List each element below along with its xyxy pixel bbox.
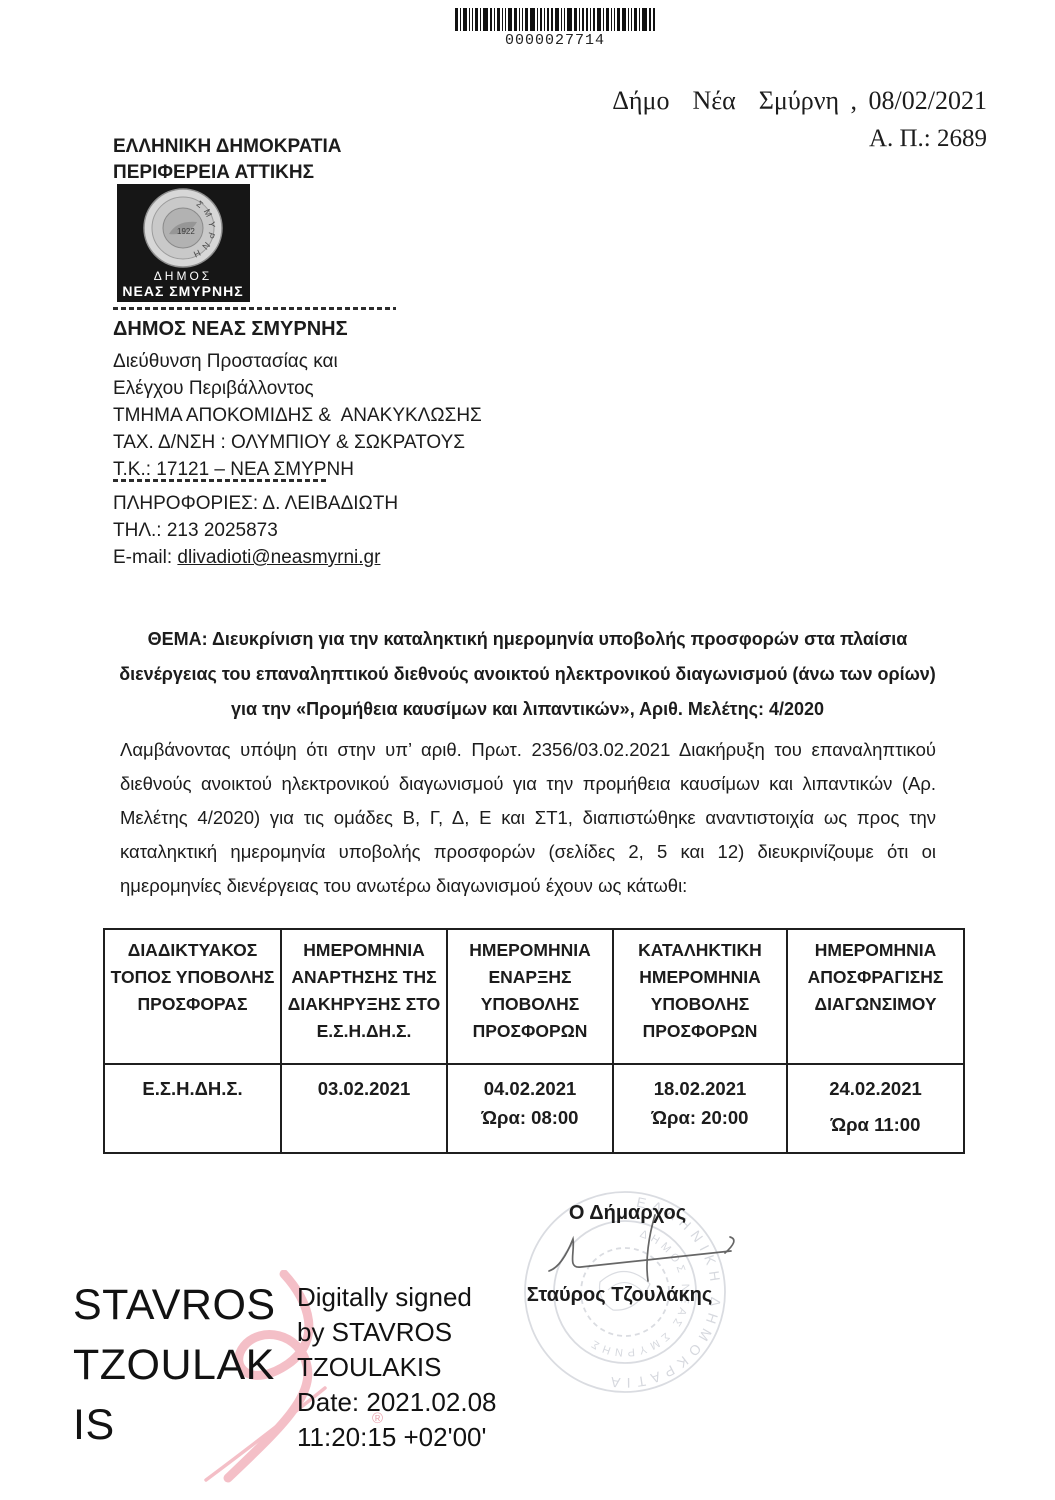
table-header-cell: ΗΜΕΡΟΜΗΝΙΑ ΑΝΑΡΤΗΣΗΣ ΤΗΣ ΔΙΑΚΗΡΥΞΗΣ ΣΤΟ … bbox=[281, 929, 447, 1064]
digital-signature-detail-line: Digitally signed bbox=[297, 1280, 497, 1315]
signatory-name: Σταύρος Τζουλάκης bbox=[512, 1284, 727, 1307]
table-cell-publish-date: 03.02.2021 bbox=[281, 1064, 447, 1153]
digital-signature-name-line: IS bbox=[73, 1395, 276, 1455]
table-header-cell: ΔΙΑΔΙΚΤΥΑΚΟΣ ΤΟΠΟΣ ΥΠΟΒΟΛΗΣ ΠΡΟΣΦΟΡΑΣ bbox=[104, 929, 281, 1064]
municipality-seal-icon: ΣΜΥΡΝΗ 1922 ΔΗΜΟΣ ΝΕΑΣ ΣΜΥΡΝΗΣ bbox=[117, 184, 250, 302]
time-value: Ώρα: 08:00 bbox=[452, 1103, 608, 1132]
digital-signature-detail-line: by STAVROS bbox=[297, 1315, 497, 1350]
sender-block: ΔΗΜΟΣ ΝΕΑΣ ΣΜΥΡΝΗΣ Διεύθυνση Προστασίας … bbox=[113, 318, 513, 483]
barcode-bars-icon bbox=[455, 8, 655, 31]
body-paragraph: Λαμβάνοντας υπόψη ότι στην υπ’ αριθ. Πρω… bbox=[120, 733, 936, 903]
sender-name: ΔΗΜΟΣ ΝΕΑΣ ΣΜΥΡΝΗΣ bbox=[113, 318, 513, 341]
seal-year: 1922 bbox=[177, 227, 195, 236]
date-value: 24.02.2021 bbox=[829, 1078, 922, 1099]
table-header-cell: ΗΜΕΡΟΜΗΝΙΑ ΑΠΟΣΦΡΑΓΙΣΗΣ ΔΙΑΓΩΝΣΙΜΟΥ bbox=[787, 929, 964, 1064]
state-header-line2: ΠΕΡΙΦΕΡΕΙΑ ΑΤΤΙΚΗΣ bbox=[113, 160, 341, 186]
dashed-separator bbox=[113, 307, 396, 310]
reference-block: Δήμο Νέα Σμύρνη , 08/02/2021 Α. Π.: 2689 bbox=[612, 86, 987, 153]
table-cell-start-date: 04.02.2021Ώρα: 08:00 bbox=[447, 1064, 613, 1153]
date-value: 04.02.2021 bbox=[484, 1078, 577, 1099]
sender-line: ΤΑΧ. Δ/ΝΣΗ : ΟΛΥΜΠΙΟΥ & ΣΩΚΡΑΤΟΥΣ bbox=[113, 429, 513, 456]
email-label: E-mail: bbox=[113, 547, 177, 568]
digital-signature-name: STAVROS TZOULAK IS bbox=[73, 1275, 276, 1455]
date-value: 18.02.2021 bbox=[654, 1078, 747, 1099]
digital-signature-detail-line: 11:20:15 +02'00' bbox=[297, 1420, 497, 1455]
protocol-number: Α. Π.: 2689 bbox=[612, 125, 987, 153]
digital-signature-detail-line: TZOULAKIS bbox=[297, 1350, 497, 1385]
subject-line: ΘΕΜΑ: Διευκρίνιση για την καταληκτική ημ… bbox=[100, 622, 955, 657]
digital-signature-name-line: TZOULAK bbox=[73, 1335, 276, 1395]
digital-signature-detail-line: Date: 2021.02.08 bbox=[297, 1385, 497, 1420]
state-header: ΕΛΛΗΝΙΚΗ ΔΗΜΟΚΡΑΤΙΑ ΠΕΡΙΦΕΡΕΙΑ ΑΤΤΙΚΗΣ bbox=[113, 134, 341, 186]
dashed-separator bbox=[113, 479, 328, 482]
email-link[interactable]: dlivadioti@neasmyrni.gr bbox=[177, 547, 380, 568]
table-row: Ε.Σ.Η.ΔΗ.Σ. 03.02.2021 04.02.2021Ώρα: 08… bbox=[104, 1064, 964, 1153]
subject-line: για την «Προμήθεια καυσίμων και λιπαντικ… bbox=[100, 692, 955, 727]
barcode-number: 0000027714 bbox=[455, 32, 655, 49]
time-value: Ώρα 11:00 bbox=[792, 1110, 959, 1139]
sender-line: Ελέγχου Περιβάλλοντος bbox=[113, 375, 513, 402]
place-and-date: Δήμο Νέα Σμύρνη , 08/02/2021 bbox=[612, 86, 987, 116]
contact-block: ΠΛΗΡΟΦΟΡΙΕΣ: Δ. ΛΕΙΒΑΔΙΩΤΗ ΤΗΛ.: 213 202… bbox=[113, 490, 513, 571]
seal-caption-2: ΝΕΑΣ ΣΜΥΡΝΗΣ bbox=[122, 283, 243, 299]
seal-caption-1: ΔΗΜΟΣ bbox=[154, 269, 212, 283]
handwritten-signature-icon bbox=[535, 1205, 745, 1295]
sender-line: ΤΜΗΜΑ ΑΠΟΚΟΜΙΔΗΣ & ΑΝΑΚΥΚΛΩΣΗΣ bbox=[113, 402, 513, 429]
table-header-cell: ΚΑΤΑΛΗΚΤΙΚΗ ΗΜΕΡΟΜΗΝΙΑ ΥΠΟΒΟΛΗΣ ΠΡΟΣΦΟΡΩ… bbox=[613, 929, 787, 1064]
barcode: 0000027714 bbox=[455, 8, 655, 49]
digital-signature-name-line: STAVROS bbox=[73, 1275, 276, 1335]
document-page: 0000027714 Δήμο Νέα Σμύρνη , 08/02/2021 … bbox=[0, 0, 1055, 1500]
table-cell-platform: Ε.Σ.Η.ΔΗ.Σ. bbox=[104, 1064, 281, 1153]
table-cell-deadline: 18.02.2021Ώρα: 20:00 bbox=[613, 1064, 787, 1153]
table-header-cell: ΗΜΕΡΟΜΗΝΙΑ ΕΝΑΡΞΗΣ ΥΠΟΒΟΛΗΣ ΠΡΟΣΦΟΡΩΝ bbox=[447, 929, 613, 1064]
sender-line: Διεύθυνση Προστασίας και bbox=[113, 348, 513, 375]
subject-line: διενέργειας του επαναληπτικού διεθνούς α… bbox=[100, 657, 955, 692]
subject-block: ΘΕΜΑ: Διευκρίνιση για την καταληκτική ημ… bbox=[100, 622, 955, 727]
table-cell-unsealing: 24.02.2021Ώρα 11:00 bbox=[787, 1064, 964, 1153]
contact-email-line: E-mail: dlivadioti@neasmyrni.gr bbox=[113, 544, 513, 571]
state-header-line1: ΕΛΛΗΝΙΚΗ ΔΗΜΟΚΡΑΤΙΑ bbox=[113, 134, 341, 160]
contact-phone: ΤΗΛ.: 213 2025873 bbox=[113, 517, 513, 544]
contact-person: ΠΛΗΡΟΦΟΡΙΕΣ: Δ. ΛΕΙΒΑΔΙΩΤΗ bbox=[113, 490, 513, 517]
deadlines-table: ΔΙΑΔΙΚΤΥΑΚΟΣ ΤΟΠΟΣ ΥΠΟΒΟΛΗΣ ΠΡΟΣΦΟΡΑΣ ΗΜ… bbox=[103, 928, 963, 1154]
digital-signature-details: Digitally signed by STAVROS TZOULAKIS Da… bbox=[297, 1280, 497, 1455]
time-value: Ώρα: 20:00 bbox=[618, 1103, 782, 1132]
table-header-row: ΔΙΑΔΙΚΤΥΑΚΟΣ ΤΟΠΟΣ ΥΠΟΒΟΛΗΣ ΠΡΟΣΦΟΡΑΣ ΗΜ… bbox=[104, 929, 964, 1064]
